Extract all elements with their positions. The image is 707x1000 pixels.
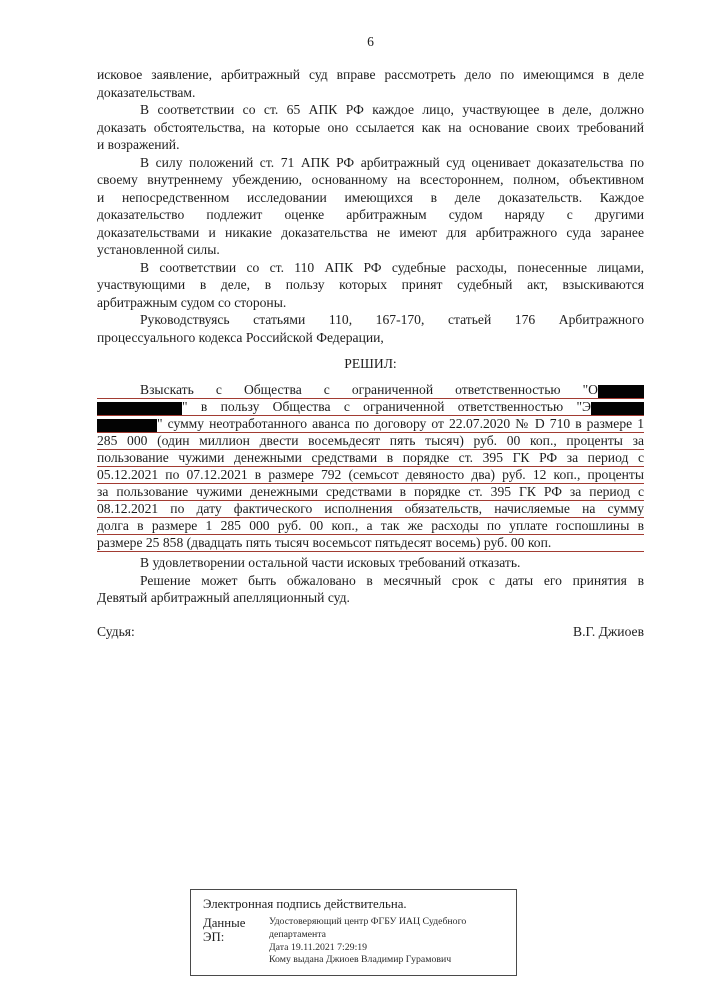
judge-signature-row: Судья: В.Г. Джиоев	[97, 623, 644, 641]
operative-part: Взыскать с Общества с ограниченной ответ…	[97, 382, 644, 552]
redaction-box	[591, 402, 644, 415]
operative-line: Взыскать с Общества с ограниченной ответ…	[97, 382, 644, 399]
text-line: доказательство подлежит оценке арбитражн…	[97, 206, 644, 224]
paragraph: исковое заявление, арбитражный суд вправ…	[97, 66, 644, 101]
operative-text: 285 000 (один миллион двести восемьдесят…	[97, 433, 644, 448]
operative-line: " сумму неотработанного аванса по догово…	[97, 416, 644, 433]
text-line: доказательствам.	[97, 84, 644, 102]
text-line: доказать обстоятельства, на которые оно …	[97, 119, 644, 137]
operative-line: размере 25 858 (двадцать пять тысяч восе…	[97, 535, 644, 552]
esignature-data-row: Данные ЭП: Удостоверяющий центр ФГБУ ИАЦ…	[203, 916, 504, 967]
closing-paragraph: В удовлетворении остальной части исковых…	[97, 554, 644, 572]
esignature-detail-line: Кому выдана Джиоев Владимир Гурамович	[269, 954, 487, 967]
closing-paragraphs: В удовлетворении остальной части исковых…	[97, 554, 644, 607]
operative-text: за пользование чужими денежными средства…	[97, 484, 644, 499]
text-line: исковое заявление, арбитражный суд вправ…	[97, 66, 644, 84]
paragraph: В соответствии со ст. 110 АПК РФ судебны…	[97, 259, 644, 312]
operative-text: " в пользу Общества с ограниченной ответ…	[182, 399, 591, 414]
paragraph: Руководствуясь статьями 110, 167-170, ст…	[97, 311, 644, 346]
operative-line: пользование чужими денежными средствами …	[97, 450, 644, 467]
closing-paragraph: Решение может быть обжаловано в месячный…	[97, 572, 644, 607]
redaction-box	[97, 402, 182, 415]
esignature-title: Электронная подпись действительна.	[203, 896, 504, 912]
document-page: 6 исковое заявление, арбитражный суд впр…	[0, 0, 707, 1000]
operative-line: за пользование чужими денежными средства…	[97, 484, 644, 501]
text-line: В соответствии со ст. 65 АПК РФ каждое л…	[97, 101, 644, 119]
operative-line: долга в размере 1 285 000 руб. 00 коп., …	[97, 518, 644, 535]
text-line: процессуального кодекса Российской Федер…	[97, 329, 644, 347]
operative-line: 08.12.2021 по дату фактического исполнен…	[97, 501, 644, 518]
esignature-detail-line: Дата 19.11.2021 7:29:19	[269, 942, 487, 955]
operative-text: долга в размере 1 285 000 руб. 00 коп., …	[97, 518, 644, 533]
redaction-box	[598, 385, 644, 398]
text-line: своему внутреннему убеждению, основанном…	[97, 171, 644, 189]
operative-text: Взыскать с Общества с ограниченной ответ…	[140, 382, 598, 397]
text-line: В силу положений ст. 71 АПК РФ арбитражн…	[97, 154, 644, 172]
operative-text: 08.12.2021 по дату фактического исполнен…	[97, 501, 644, 516]
judge-label: Судья:	[97, 623, 135, 641]
text-line: и возражений.	[97, 136, 644, 154]
text-line: Девятый арбитражный апелляционный суд.	[97, 589, 644, 607]
text-line: В соответствии со ст. 110 АПК РФ судебны…	[97, 259, 644, 277]
esignature-box: Электронная подпись действительна. Данны…	[190, 889, 517, 976]
text-line: В удовлетворении остальной части исковых…	[97, 554, 644, 572]
text-line: установленной силы.	[97, 241, 644, 259]
operative-text: размере 25 858 (двадцать пять тысяч восе…	[97, 535, 551, 550]
text-line: арбитражным судом со стороны.	[97, 294, 644, 312]
paragraph: В соответствии со ст. 65 АПК РФ каждое л…	[97, 101, 644, 154]
body-paragraphs: исковое заявление, арбитражный суд вправ…	[97, 66, 644, 346]
text-line: Решение может быть обжаловано в месячный…	[97, 572, 644, 590]
page-number: 6	[97, 33, 644, 50]
paragraph: В силу положений ст. 71 АПК РФ арбитражн…	[97, 154, 644, 259]
esignature-detail-line: Удостоверяющий центр ФГБУ ИАЦ Судебного …	[269, 916, 487, 942]
judge-name: В.Г. Джиоев	[573, 623, 644, 641]
redaction-box	[97, 419, 157, 432]
text-line: и непосредственном исследовании имеющихс…	[97, 189, 644, 207]
text-line: Руководствуясь статьями 110, 167-170, ст…	[97, 311, 644, 329]
document-content: 6 исковое заявление, арбитражный суд впр…	[97, 33, 644, 640]
decision-heading: РЕШИЛ:	[97, 355, 644, 373]
operative-line: " в пользу Общества с ограниченной ответ…	[97, 399, 644, 416]
operative-text: 05.12.2021 по 07.12.2021 в размере 792 (…	[97, 467, 644, 482]
esignature-details: Удостоверяющий центр ФГБУ ИАЦ Судебного …	[269, 916, 487, 967]
text-line: доказательствами и никакие доказательств…	[97, 224, 644, 242]
operative-text: пользование чужими денежными средствами …	[97, 450, 644, 465]
operative-line: 05.12.2021 по 07.12.2021 в размере 792 (…	[97, 467, 644, 484]
text-line: участвующими в деле, в пользу которых пр…	[97, 276, 644, 294]
operative-text: " сумму неотработанного аванса по догово…	[157, 416, 644, 431]
operative-line: 285 000 (один миллион двести восемьдесят…	[97, 433, 644, 450]
esignature-label: Данные ЭП:	[203, 916, 269, 944]
